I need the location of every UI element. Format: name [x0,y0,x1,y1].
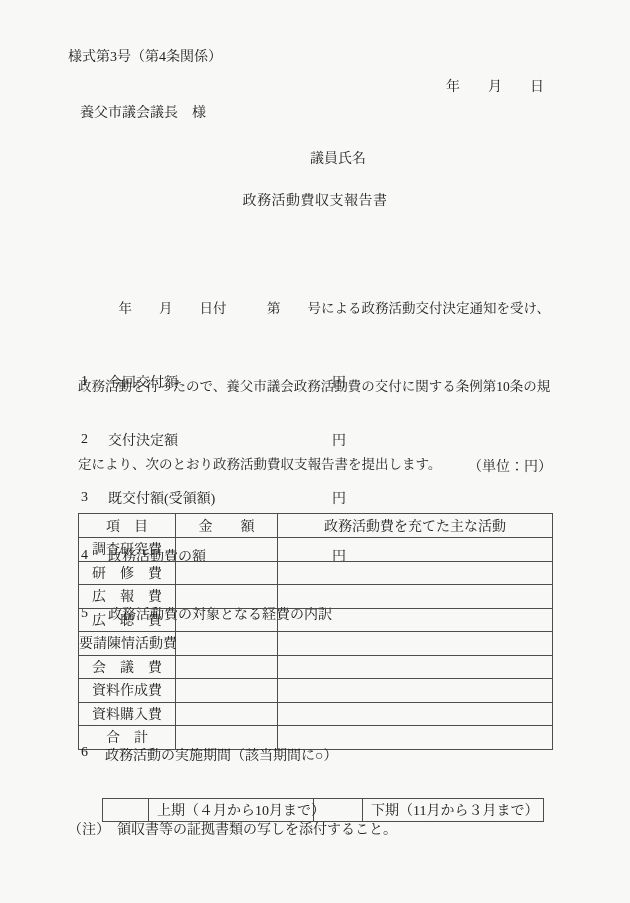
activity-cell [278,608,553,632]
item-label: 今回交付額 [108,372,332,392]
activity-cell [278,585,553,609]
item-name-cell: 資料作成費 [79,679,176,703]
addressee: 養父市議会議長 様 [80,102,206,122]
activity-cell [278,702,553,726]
expense-row: 調査研究費 [79,538,553,562]
section-number: 6 [81,745,105,765]
summary-item: 2 交付決定額 円 [81,427,346,453]
date-line: 年 月 日 [446,76,544,96]
activity-cell [278,632,553,656]
member-name-label: 議員氏名 [310,148,366,168]
amount-cell [176,702,278,726]
expense-table-header-row: 項 目 金 額 政務活動費を充てた主な活動 [79,514,553,538]
item-name-cell: 広 聴 費 [79,608,176,632]
amount-cell [176,585,278,609]
header-cell-activity: 政務活動費を充てた主な活動 [278,514,553,538]
expense-row: 資料作成費 [79,679,553,703]
report-form-page: 様式第3号（第4条関係） 年 月 日 養父市議会議長 様 議員氏名 政務活動費収… [0,0,630,903]
item-name-cell: 要請陳情活動費 [79,632,176,656]
expense-table: 項 目 金 額 政務活動費を充てた主な活動 調査研究費 研 修 費 広 報 費 … [78,481,553,782]
item-name-cell: 広 報 費 [79,585,176,609]
item-unit: 円 [332,430,346,450]
summary-item: 1 今回交付額 円 [81,369,346,395]
item-number: 2 [81,432,108,448]
activity-cell [278,538,553,562]
item-name-cell: 資料購入費 [79,702,176,726]
item-name-cell: 会 議 費 [79,655,176,679]
expense-row: 広 聴 費 [79,608,553,632]
amount-cell [176,561,278,585]
expense-row: 資料購入費 [79,702,553,726]
period-section-heading: 6 政務活動の実施期間（該当期間に○） [81,745,337,765]
header-cell-item: 項 目 [79,514,176,538]
item-unit: 円 [332,372,346,392]
item-number: 1 [81,374,108,390]
expense-row: 要請陳情活動費 [79,632,553,656]
expense-row: 研 修 費 [79,561,553,585]
period-table: 上期（４月から10月まで） 下期（11月から３月まで） [102,766,544,854]
amount-cell [176,538,278,562]
section-title: 政務活動の実施期間（該当期間に○） [105,745,337,765]
amount-cell [176,655,278,679]
activity-cell [278,679,553,703]
amount-cell [176,679,278,703]
header-cell-amount: 金 額 [176,514,278,538]
expense-row: 会 議 費 [79,655,553,679]
activity-cell [278,655,553,679]
amount-cell [176,608,278,632]
attachment-note: （注） 領収書等の証拠書類の写しを添付すること。 [68,819,397,839]
item-name-cell: 調査研究費 [79,538,176,562]
item-label: 交付決定額 [108,430,332,450]
amount-cell [176,632,278,656]
item-name-cell: 研 修 費 [79,561,176,585]
expense-row: 広 報 費 [79,585,553,609]
form-number: 様式第3号（第4条関係） [68,46,222,66]
body-line: 年 月 日付 第 号による政務活動交付決定通知を受け、 [78,296,570,322]
document-title: 政務活動費収支報告書 [0,190,630,210]
unit-note: （単位：円） [468,456,552,476]
activity-cell [278,561,553,585]
